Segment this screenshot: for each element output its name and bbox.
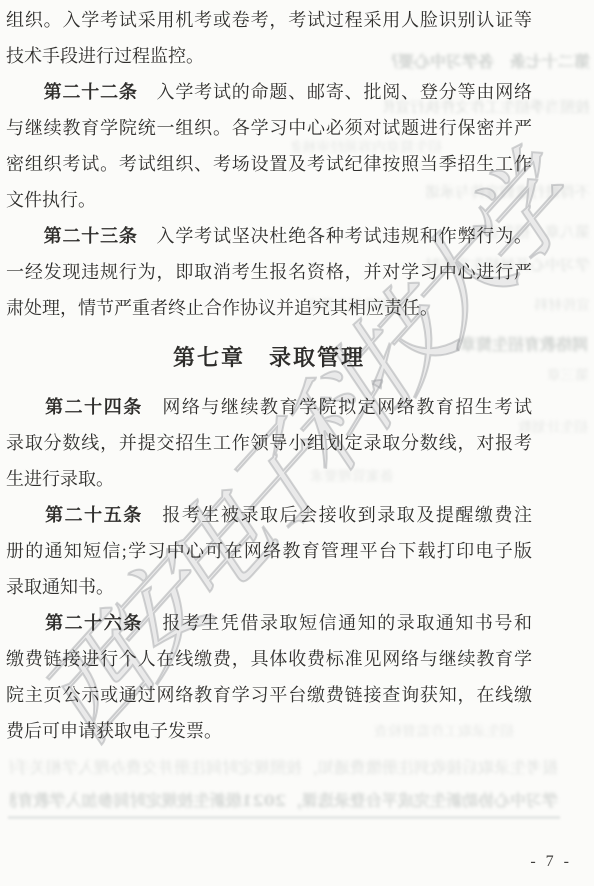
text-line: 与继续教育学院统一组织。各学习中心必须对试题进行保密并严	[6, 110, 532, 146]
text-line: 第二十二条 入学考试的命题、邮寄、批阅、登分等由网络	[6, 74, 532, 110]
document-body: 组织。入学考试采用机考或卷考，考试过程采用人脸识别认证等技术手段进行过程监控。 …	[6, 2, 532, 749]
showthrough-line: 学习中心协助新生完成平台登录选课，2021级新生按规定时间参加入学教育测试	[10, 791, 558, 810]
article-number: 第二十六条	[45, 613, 143, 633]
article-number: 第二十二条	[44, 82, 138, 102]
text-line: 组织。入学考试采用机考或卷考，考试过程采用人脸识别认证等	[6, 2, 532, 38]
text-line: 第二十六条 报考生凭借录取短信通知的录取通知书号和	[6, 605, 532, 641]
text-line: 技术手段进行过程监控。	[6, 38, 532, 74]
text-line: 第二十四条 网络与继续教育学院拟定网络教育招生考试	[6, 389, 532, 425]
showthrough-rule	[8, 816, 560, 819]
text-line: 院主页公示或通过网络教育学习平台缴费链接查询获知，在线缴	[6, 677, 532, 713]
text-line: 第二十五条 报考生被录取后会接收到录取及提醒缴费注	[6, 497, 532, 533]
text-line: 文件执行。	[6, 182, 532, 218]
text-line: 肃处理，情节严重者终止合作协议并追究其相应责任。	[6, 290, 532, 326]
article-number: 第二十四条	[45, 397, 143, 417]
text-line: 费后可申请获取电子发票。	[6, 713, 532, 749]
article-number: 第二十五条	[45, 505, 143, 525]
chapter-heading: 第七章 录取管理	[6, 326, 532, 389]
text-line: 密组织考试。考试组织、考场设置及考试纪律按照当季招生工作	[6, 146, 532, 182]
article-number: 第二十三条	[44, 226, 138, 246]
text-line: 第二十三条 入学考试坚决杜绝各种考试违规和作弊行为。	[6, 218, 532, 254]
text-line: 一经发现违规行为，即取消考生报名资格，并对学习中心进行严	[6, 254, 532, 290]
text-line: 生进行录取。	[6, 461, 532, 497]
text-line: 缴费链接进行个人在线缴费，具体收费标准见网络与继续教育学	[6, 641, 532, 677]
scanned-document-page: 第二十七条 各学习中心要严格按照当季招生工作文件执行宣传招生简章内容须经审核备案…	[0, 0, 594, 886]
text-line: 录取通知书。	[6, 569, 532, 605]
text-line: 册的通知短信;学习中心可在网络教育管理平台下载打印电子版	[6, 533, 532, 569]
page-number: - 7 -	[530, 853, 572, 871]
showthrough-line: 报考生录取后接收到注册缴费通知，按照规定时间注册并交费办理入学相关手续	[10, 758, 558, 777]
text-line: 录取分数线，并提交招生工作领导小组划定录取分数线，对报考	[6, 425, 532, 461]
